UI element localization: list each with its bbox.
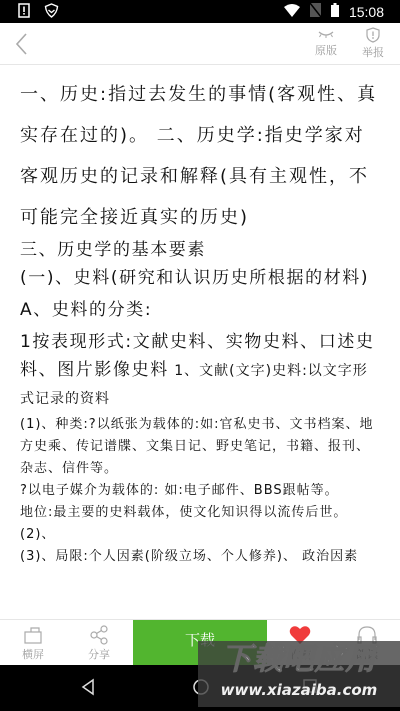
paragraph-forms: 1按表现形式:文献史料、实物史料、口述史料、图片影像史料 1、文献(文字)史料:… xyxy=(20,328,380,412)
top-bar: 原版 举报 xyxy=(0,23,400,65)
paragraph-limitations: (3)、局限:个人因素(阶级立场、个人修养)、 政治因素 xyxy=(20,546,380,568)
nav-back-button[interactable] xyxy=(80,678,96,700)
paragraph-elements-heading: 三、历史学的基本要素 xyxy=(20,236,380,264)
report-label: 举报 xyxy=(355,44,391,60)
battery-icon xyxy=(331,2,339,21)
rotate-screen-icon xyxy=(23,625,43,645)
shield-check-icon xyxy=(44,3,59,22)
share-label: 分享 xyxy=(66,646,132,662)
clock: 15:08 xyxy=(349,4,384,20)
eye-closed-icon xyxy=(317,27,335,41)
wifi-icon xyxy=(284,2,300,21)
watermark-overlay: 下载吧应用 www.xiazaiba.com xyxy=(198,641,400,707)
watermark-title: 下载吧应用 xyxy=(198,641,400,679)
paragraph-classification: A、史料的分类: xyxy=(20,296,380,324)
article-content[interactable]: 一、历史:指过去发生的事情(客观性、真实存在过的)。 二、历史学:指史学家对客观… xyxy=(0,66,400,619)
chevron-left-icon xyxy=(12,31,32,57)
original-version-label: 原版 xyxy=(308,42,344,58)
share-button[interactable]: 分享 xyxy=(66,620,132,666)
paragraph-history-definition: 一、历史:指过去发生的事情(客观性、真实存在过的)。 二、历史学:指史学家对客观… xyxy=(20,66,380,238)
shield-alert-icon xyxy=(365,27,381,43)
watermark-url: www.xiazaiba.com xyxy=(198,679,400,701)
back-triangle-icon xyxy=(80,678,96,696)
report-button[interactable]: 举报 xyxy=(355,27,391,63)
status-bar: 15:08 xyxy=(0,0,400,23)
no-sim-icon xyxy=(310,2,321,21)
paragraph-status: 地位:最主要的史料载体，使文化知识得以流传后世。 xyxy=(20,502,380,524)
paragraph-electronic: ?以电子媒介为载体的: 如:电子邮件、BBS跟帖等。 xyxy=(20,480,380,502)
paragraph-types: (1)、种类:?以纸张为载体的:如:官私史书、文书档案、地方史乘、传记谱牒、文集… xyxy=(20,414,380,480)
share-icon xyxy=(89,625,109,645)
paragraph-item-2: (2)、 xyxy=(20,524,380,546)
original-version-button[interactable]: 原版 xyxy=(308,27,344,63)
back-button[interactable] xyxy=(12,31,32,57)
landscape-button[interactable]: 横屏 xyxy=(0,620,66,666)
alert-icon xyxy=(18,3,30,22)
landscape-label: 横屏 xyxy=(0,646,66,662)
paragraph-sources: (一)、史料(研究和认识历史所根据的材料) xyxy=(20,264,380,292)
